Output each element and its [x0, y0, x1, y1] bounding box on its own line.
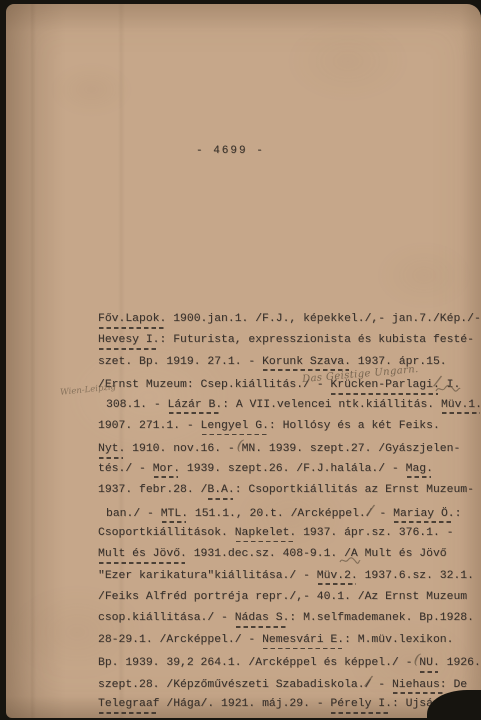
underlined-citation-term: B.A. — [207, 484, 234, 496]
text-line: 1907. 271.1. - Lengyel G.: Hollósy és a … — [98, 416, 481, 437]
text-segment: 151.1., 20.t. /Arcképpel./ — [188, 508, 373, 520]
text-line: Mult és Jövő. 1931.dec.sz. 408-9.1. /A M… — [98, 544, 481, 565]
underlined-citation-term: Pérely I. — [330, 698, 392, 710]
text-segment: 1910. nov.16. - — [125, 443, 241, 455]
text-line: 308.1. - Lázár B.: A VII.velencei ntk.ki… — [98, 395, 481, 416]
text-line: Nyt. 1910. nov.16. - (MN. 1939. szept.27… — [98, 437, 481, 458]
underlined-citation-term: Nemesvári E. — [262, 634, 344, 646]
text-line: tés./ - Mor. 1939. szept.26. /F.J.halála… — [98, 459, 481, 480]
text-line: ban./ - MTL. 151.1., 20.t. /Arcképpel.//… — [98, 502, 481, 523]
text-segment: 308.1. - — [106, 399, 168, 411]
pencil-mark: / — [365, 671, 369, 692]
pencil-scribble — [339, 553, 361, 571]
underlined-citation-term: Mult és Jövő. — [98, 548, 187, 560]
text-segment: 1900.jan.1. /F.J., képekkel./,- jan.7./K… — [166, 313, 480, 325]
text-line: Bp. 1939. 39,2 264.1. /Arcképpel és képp… — [98, 651, 481, 672]
text-segment: : M.selfmademanek. Bp.1928. — [289, 612, 474, 624]
text-segment: : Futurista, expresszionista és kubista … — [160, 334, 474, 346]
underlined-citation-term: Mag. — [406, 463, 433, 475]
underlined-citation-term: Müv.2. — [317, 570, 358, 582]
text-segment: szet. Bp. 1919. 27.1. - — [98, 356, 262, 368]
text-line: csop.kiállitása./ - Nádas S.: M.selfmade… — [98, 608, 481, 629]
text-segment: : Hollósy és a két Feiks. — [269, 420, 440, 432]
text-segment: MN. 1939. szept.27. /Gyászjelen- — [242, 443, 461, 455]
underlined-citation-term: Niehaus: — [392, 679, 447, 691]
text-segment: tés./ - — [98, 463, 153, 475]
text-line: /Ernst Muzeum: Csep.kiállitás./ - Krücke… — [98, 373, 481, 394]
text-segment: ban./ - — [106, 508, 161, 520]
text-segment: 1937. ápr.sz. 376.1. - — [296, 527, 453, 539]
text-line: Hevesy I.: Futurista, expresszionista és… — [98, 330, 481, 351]
text-segment: 1937. febr.28. / — [98, 484, 207, 496]
text-line: szet. Bp. 1919. 27.1. - Korunk Szava. 19… — [98, 352, 481, 373]
text-line: 28-29.1. /Arcképpel./ - Nemesvári E.: M.… — [98, 630, 481, 651]
text-segment: 1937.6.sz. 32.1. — [358, 570, 474, 582]
underlined-citation-term: Főv.Lapok. — [98, 313, 166, 325]
text-segment: : — [455, 508, 462, 520]
scanned-paper-page: - 4699 - Főv.Lapok. 1900.jan.1. /F.J., k… — [6, 4, 481, 718]
text-segment: 1931.dec.sz. 408-9.1. /A Mult és Jövő — [187, 548, 447, 560]
text-segment: : M.müv.lexikon. — [344, 634, 453, 646]
page-number: - 4699 - — [196, 145, 265, 157]
text-line: szept.28. /Képzőművészeti Szabadiskola./… — [98, 673, 481, 694]
text-segment: szept.28. /Képzőművészeti Szabadiskola./ — [98, 679, 371, 691]
text-line: Csoportkiállitások. Napkelet. 1937. ápr.… — [98, 523, 481, 544]
underlined-citation-term: MTL. — [161, 508, 188, 520]
text-segment: /Hága/. 1921. máj.29. - — [160, 698, 331, 710]
underlined-citation-term: Mor. — [153, 463, 180, 475]
text-segment: - — [373, 508, 394, 520]
text-segment: 1939. szept.26. /F.J.halála./ - — [180, 463, 406, 475]
underlined-citation-term: Hevesy I. — [98, 334, 160, 346]
underlined-citation-term: Müv.1. — [441, 399, 481, 411]
text-line: Telegraaf /Hága/. 1921. máj.29. - Pérely… — [98, 694, 481, 715]
text-line: Főv.Lapok. 1900.jan.1. /F.J., képekkel./… — [98, 309, 481, 330]
text-line: 1937. febr.28. /B.A.: Csoportkiállitás a… — [98, 480, 481, 501]
underlined-citation-term: Lázár B. — [168, 399, 223, 411]
text-line: /Feiks Alfréd portréja repr./,- 40.1. /A… — [98, 587, 481, 608]
text-segment: : A VII.velencei ntk.kiállitás. — [222, 399, 441, 411]
text-segment: 1926. — [440, 657, 481, 669]
underlined-citation-term: Telegraaf — [98, 698, 160, 710]
underlined-citation-term: Nyt. — [98, 443, 125, 455]
underlined-citation-term: NU. — [419, 657, 440, 669]
text-segment: : Csoportkiállitás az Ernst Muzeum- — [235, 484, 474, 496]
underlined-citation-term: Lengyel G. — [201, 420, 269, 432]
text-segment: Bp. 1939. 39,2 264.1. /Arcképpel és képp… — [98, 657, 419, 669]
typewritten-text-block: Főv.Lapok. 1900.jan.1. /F.J., képekkel./… — [98, 309, 481, 715]
text-segment: Csoportkiállitások. — [98, 527, 235, 539]
text-segment: /Ernst Muzeum: Csep.kiállitás./ - — [98, 379, 330, 391]
pencil-scribble — [435, 382, 461, 400]
text-line: "Ezer karikatura"kiállitása./ - Müv.2. 1… — [98, 566, 481, 587]
text-segment: csop.kiállitása./ - — [98, 612, 235, 624]
text-segment: "Ezer karikatura"kiállitása./ - — [98, 570, 317, 582]
underlined-citation-term: Mariay Ö. — [393, 508, 455, 520]
text-segment: 28-29.1. /Arcképpel./ - — [98, 634, 262, 646]
underlined-citation-term: Korunk Szava. — [262, 356, 351, 368]
text-segment: 1907. 271.1. - — [98, 420, 201, 432]
underlined-citation-term: De — [453, 679, 467, 691]
text-segment: - — [371, 679, 392, 691]
text-segment: /Feiks Alfréd portréja repr./,- 40.1. /A… — [98, 591, 467, 603]
underlined-citation-term: Nádas S. — [235, 612, 290, 624]
underlined-citation-term: Napkelet. — [235, 527, 297, 539]
